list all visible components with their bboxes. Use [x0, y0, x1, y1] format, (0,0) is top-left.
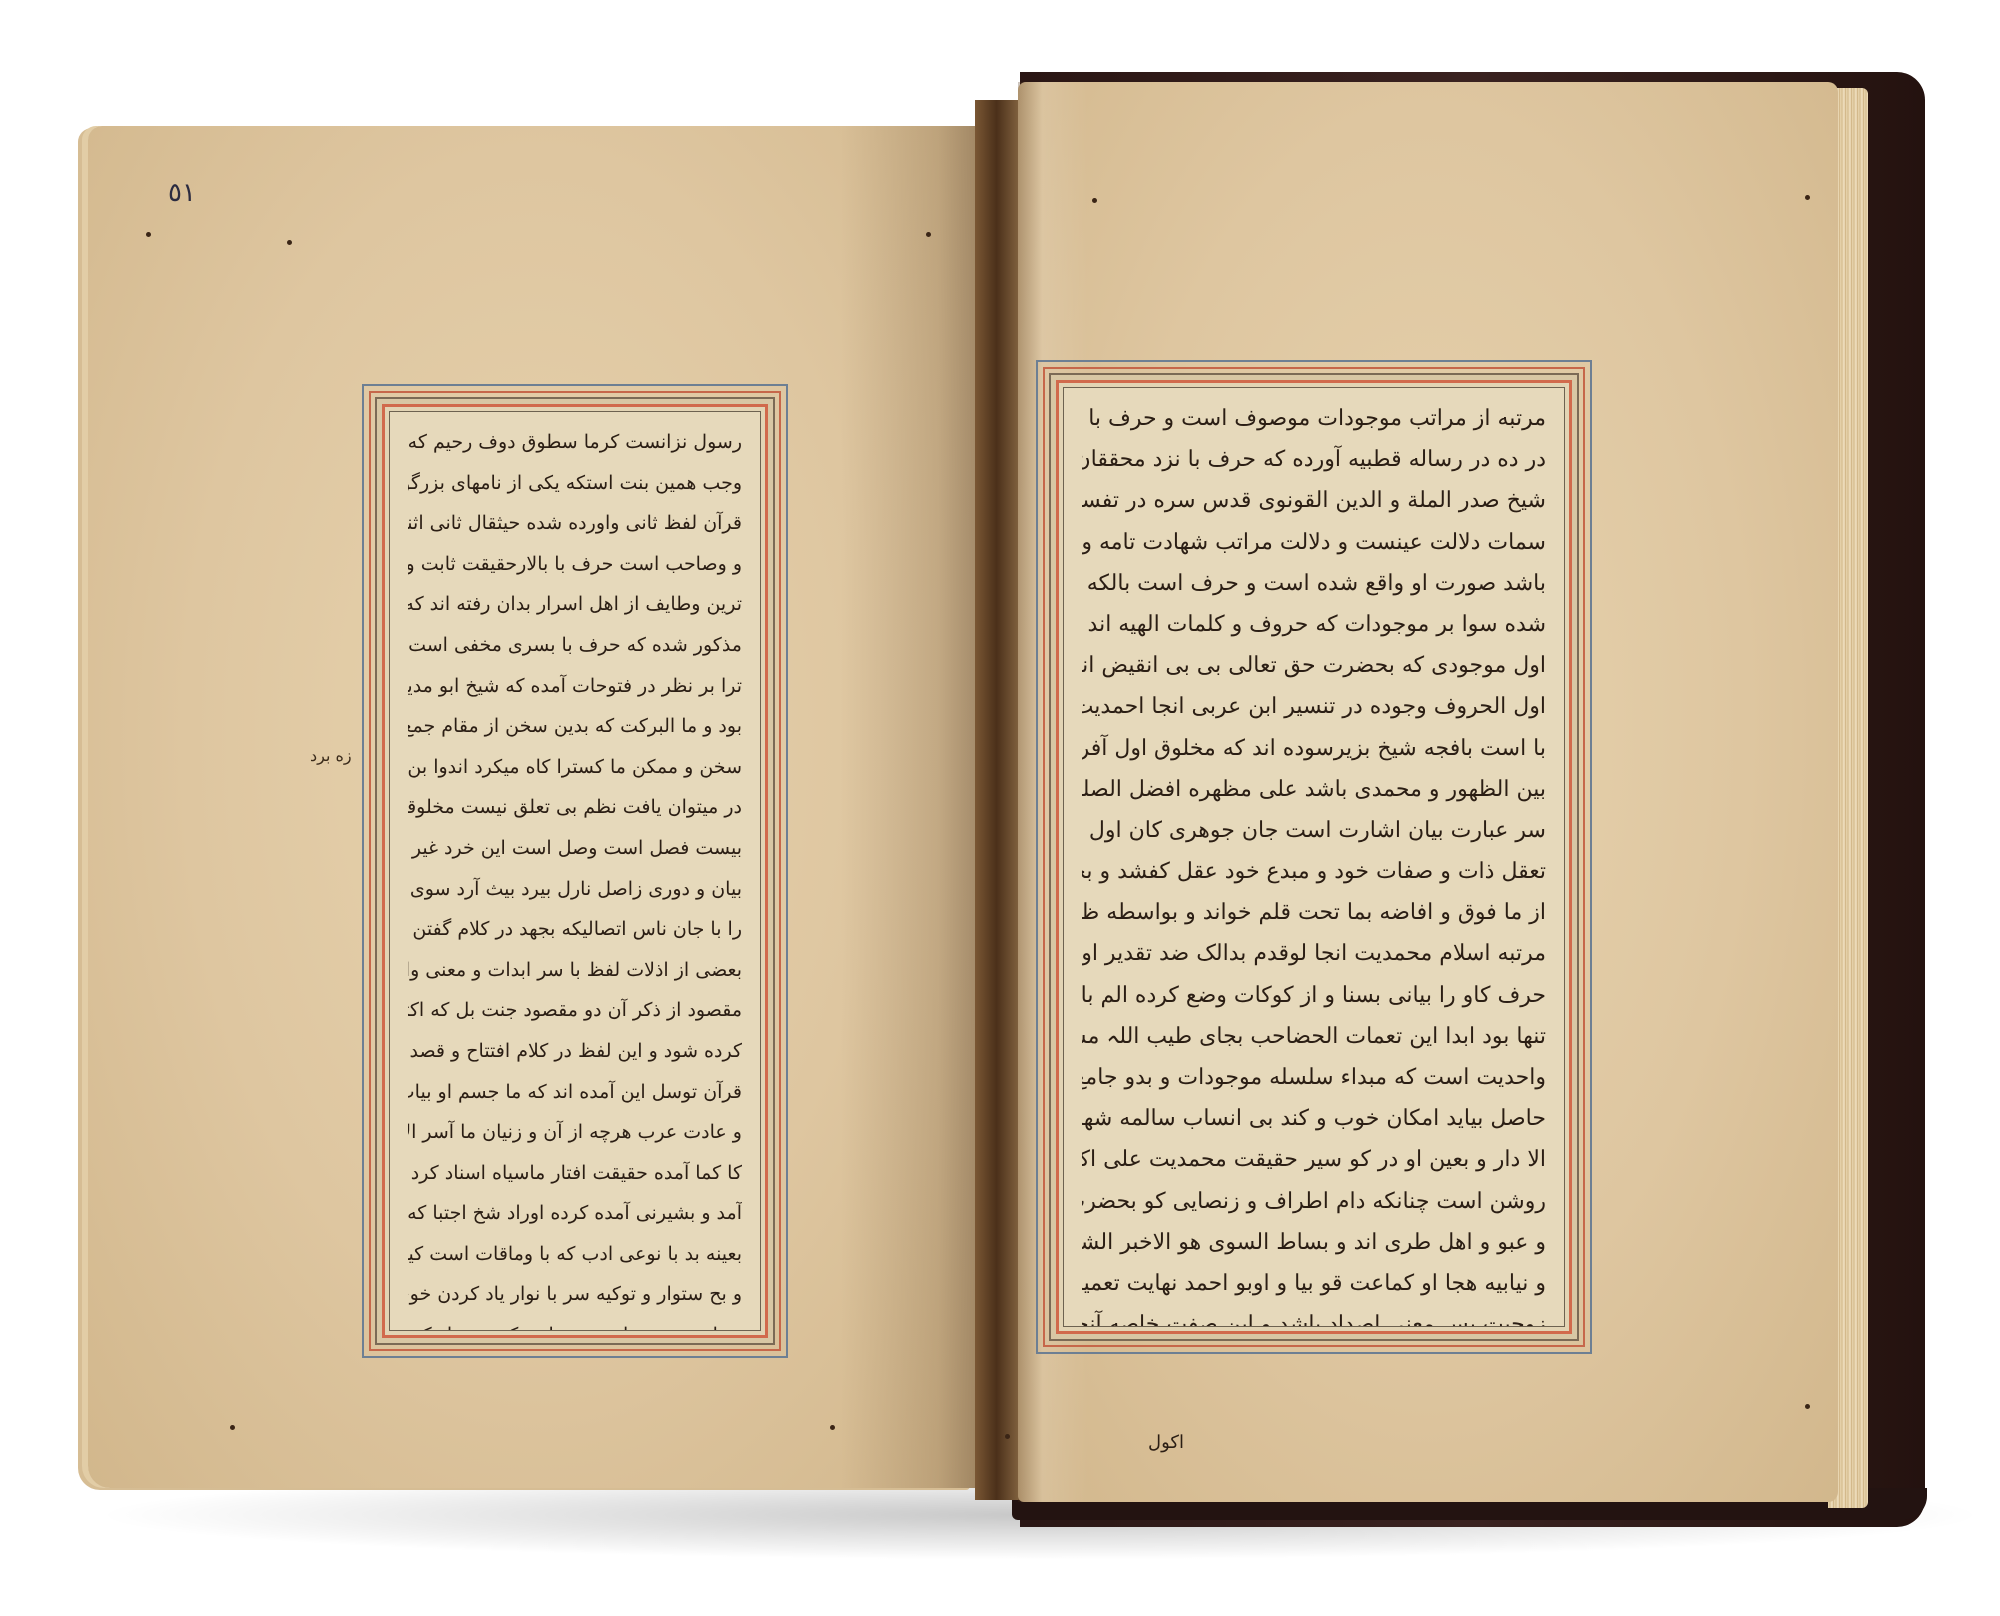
text-line: ح تا چون بر زبان بنده جاری کردد دو اندکه…	[408, 1315, 742, 1331]
text-line: قرآن لفظ ثانی واورده شده حیثقال ثانی اثن…	[408, 503, 742, 544]
catchword: اکول	[1148, 1432, 1184, 1453]
text-line: روشن است چنانکه دام اطراف و زنصایی کو بح…	[1082, 1181, 1546, 1222]
text-line: الا دار و بعین او در کو سیر حقیقت محمدیت…	[1082, 1139, 1546, 1180]
text-line: سخن و ممکن ما کسترا کاه میکرد اندوا بن م…	[408, 747, 742, 788]
margin-annotation: زه برد	[310, 746, 352, 765]
right-text-frame: مرتبه از مراتب موجودات موصوف است و حرف ب…	[1036, 360, 1592, 1354]
text-line: مذکور شده که حرف با بسری مخفی است و اکو …	[408, 625, 742, 666]
text-line: با است بافجه شیخ بزیرسوده اند که مخلوق ا…	[1082, 728, 1546, 769]
text-line: کا کما آمده حقیقت افتار ماسیاه اسناد کرد…	[408, 1153, 742, 1194]
binding-hole-dot	[1005, 1434, 1010, 1439]
text-line: واحدیت است که مبداء سلسله موجودات و بدو …	[1082, 1057, 1546, 1098]
right-text-block: مرتبه از مراتب موجودات موصوف است و حرف ب…	[1063, 387, 1565, 1327]
text-line: شده سوا بر موجودات که حروف و کلمات الهیه…	[1082, 604, 1546, 645]
text-line: بود و ما البرکت که بدین سخن از مقام جمع …	[408, 706, 742, 747]
text-line: وجب همین بنت استکه یکی از نامهای بزرگوار…	[408, 463, 742, 504]
text-line: شیخ صدر الملة و الدین القونوی قدس سره در…	[1082, 480, 1546, 521]
left-text-frame: رسول نزانست کرما سطوق دوف رحیم که دربیا …	[362, 384, 788, 1358]
binding-hole-dot	[1805, 1404, 1810, 1409]
binding-hole-dot	[926, 232, 931, 237]
text-line: مرتبه اسلام محمدیت انجا لوقدم بدالک ضد ت…	[1082, 933, 1546, 974]
text-line: و بح ستوار و توکیه سر با نوار یاد کردن خ…	[408, 1274, 742, 1315]
text-line: اول موجودی که بحضرت حق تعالی بی بی انقیض…	[1082, 645, 1546, 686]
text-line: و نیابیه هجا او کماعت قو بیا و اوبو احمد…	[1082, 1263, 1546, 1304]
text-line: بیست فصل است وصل است این خرد غیر فصل و و…	[408, 828, 742, 869]
text-line: در ده در رساله قطبیه آورده که حرف با نزد…	[1082, 439, 1546, 480]
text-line: بعینه بد با نوعی ادب که با وماقات است کی…	[408, 1234, 742, 1275]
book-gutter	[975, 100, 1023, 1500]
text-line: مقصود از ذکر آن دو مقصود جنت بل که اکثر …	[408, 990, 742, 1031]
text-line: قرآن توسل این آمده اند که ما جسم او بیات…	[408, 1072, 742, 1113]
text-line: را با جان ناس اتصالیکه بجهد در کلام گفتن…	[408, 909, 742, 950]
text-line: تعقل ذات و صفات خود و مبدع خود عقل کفشد …	[1082, 851, 1546, 892]
text-line: کرده شود و این لفظ در کلام افتتاح و قصد …	[408, 1031, 742, 1072]
text-line: ترین وطایف از اهل اسرار بدان رفته اند که…	[408, 584, 742, 625]
text-line: سمات دلالت عینست و دلالت مراتب شهادت تام…	[1082, 522, 1546, 563]
text-line: بیان و دوری زاصل نارل بیرد بیث آرد سوی و…	[408, 869, 742, 910]
binding-hole-dot	[146, 232, 151, 237]
text-line: ترا بر نظر در فتوحات آمده که شیخ ابو مدی…	[408, 666, 742, 707]
text-line: باشد صورت او واقع شده است و حرف است بالک…	[1082, 563, 1546, 604]
text-line: بین الظهور و محمدی باشد علی مظهره افضل ا…	[1082, 769, 1546, 810]
binding-hole-dot	[287, 240, 292, 245]
text-line: بعضی از اذلات لفظ با سر ابدات و معنی وان…	[408, 950, 742, 991]
text-line: در میتوان یافت نظم بی تعلق نیست مخلوقی ب…	[408, 787, 742, 828]
left-text-block: رسول نزانست کرما سطوق دوف رحیم که دربیا …	[389, 411, 761, 1331]
text-line: از ما فوق و افاضه بما تحت قلم خواند و بو…	[1082, 892, 1546, 933]
text-line: و وصاحب است حرف با بالارحقیقت ثابت وسعین…	[408, 544, 742, 585]
binding-hole-dot	[230, 1425, 235, 1430]
text-line: زوجیت پس معنی اصداد باشد و این صفت خاصه …	[1082, 1304, 1546, 1327]
binding-hole-dot	[1092, 198, 1097, 203]
text-line: سر عبارت بیان اشارت است جان جوهری کان او…	[1082, 810, 1546, 851]
text-line: رسول نزانست کرما سطوق دوف رحیم که دربیا …	[408, 422, 742, 463]
text-line: اول الحروف وجوده در تنسیر ابن عربی انجا …	[1082, 686, 1546, 727]
text-line: و عبو و اهل طری اند و بساط السوی هو الاخ…	[1082, 1222, 1546, 1263]
text-line: و عادت عرب هرچه از آن و زنیان ما آسر الا…	[408, 1112, 742, 1153]
folio-number: ٥١	[168, 178, 196, 208]
text-line: تنها بود ابدا این تعمات الحضاحب بجای طیب…	[1082, 1016, 1546, 1057]
text-line: حرف کاو را بیانی بسنا و از کوکات وضع کرد…	[1082, 975, 1546, 1016]
binding-hole-dot	[830, 1425, 835, 1430]
text-line: حاصل بیاید امکان خوب و کند بی انساب سالم…	[1082, 1098, 1546, 1139]
text-line: آمد و بشیرنی آمده کرده اوراد شخ اجتبا که…	[408, 1193, 742, 1234]
binding-hole-dot	[1805, 195, 1810, 200]
text-line: مرتبه از مراتب موجودات موصوف است و حرف ب…	[1082, 398, 1546, 439]
